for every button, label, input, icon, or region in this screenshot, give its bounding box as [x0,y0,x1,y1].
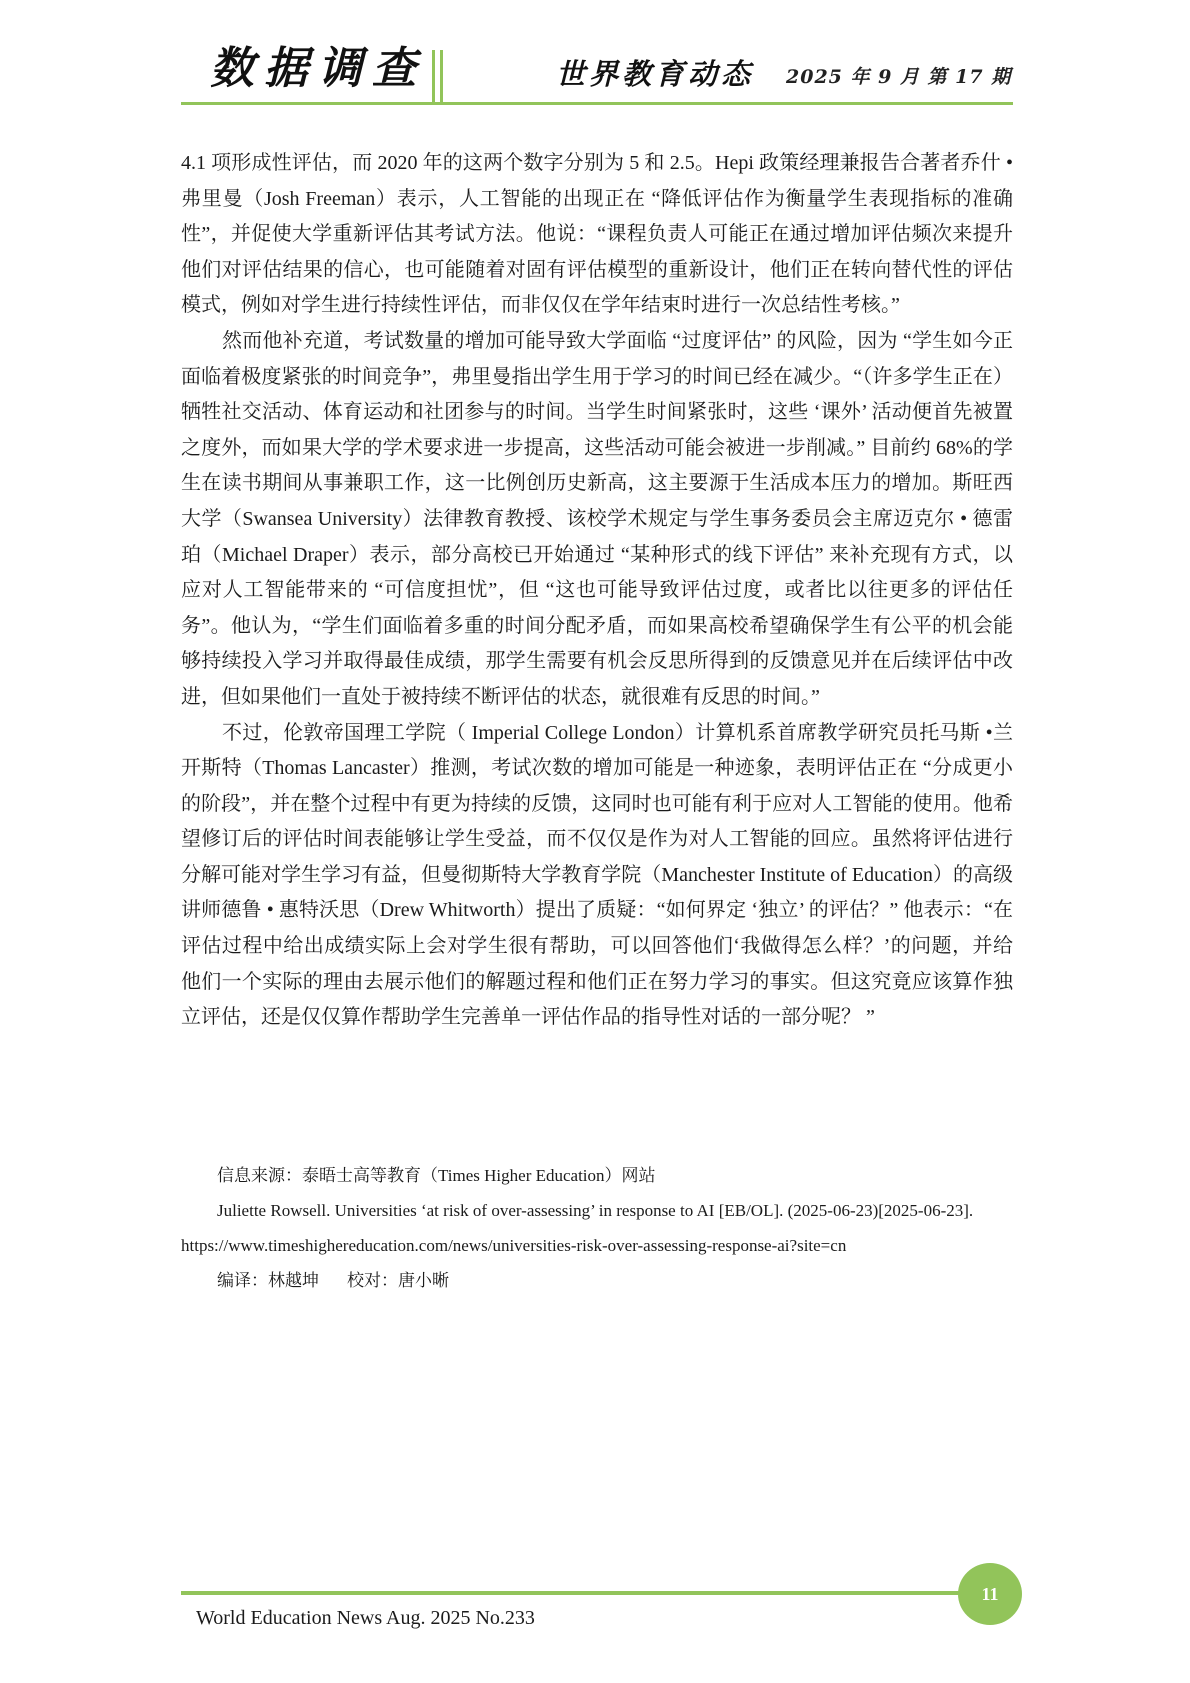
translator-credit: 编译：林越坤 [217,1271,319,1290]
journal-title: 世界教育动态 [556,52,754,93]
credits: 编译：林越坤校对：唐小晰 [181,1263,1013,1298]
source-label: 信息来源：泰晤士高等教育（Times Higher Education）网站 [181,1158,1013,1193]
page-number-badge: 11 [958,1563,1022,1625]
paragraph: 不过，伦敦帝国理工学院（ Imperial College London）计算机… [181,716,1013,1036]
footer-rule [181,1591,971,1595]
paragraph: 然而他补充道，考试数量的增加可能导致大学面临 “过度评估” 的风险，因为 “学生… [181,324,1013,716]
article-body: 4.1 项形成性评估，而 2020 年的这两个数字分别为 5 和 2.5。Hep… [181,146,1013,1036]
header-double-divider [432,50,442,105]
source-block: 信息来源：泰晤士高等教育（Times Higher Education）网站 J… [181,1158,1013,1298]
issue-info: 2025 年 9 月 第 17 期 [786,62,1011,89]
paragraph: 4.1 项形成性评估，而 2020 年的这两个数字分别为 5 和 2.5。Hep… [181,146,1013,324]
header-rule [181,102,1013,105]
publication-info: World Education News Aug. 2025 No.233 [196,1607,535,1630]
proofreader-credit: 校对：唐小晰 [347,1271,449,1290]
divider-line [440,50,443,105]
section-title: 数据调查 [210,32,426,96]
divider-line [432,50,435,105]
reference-citation: Juliette Rowsell. Universities ‘at risk … [181,1193,1013,1263]
page-number: 11 [981,1584,998,1605]
